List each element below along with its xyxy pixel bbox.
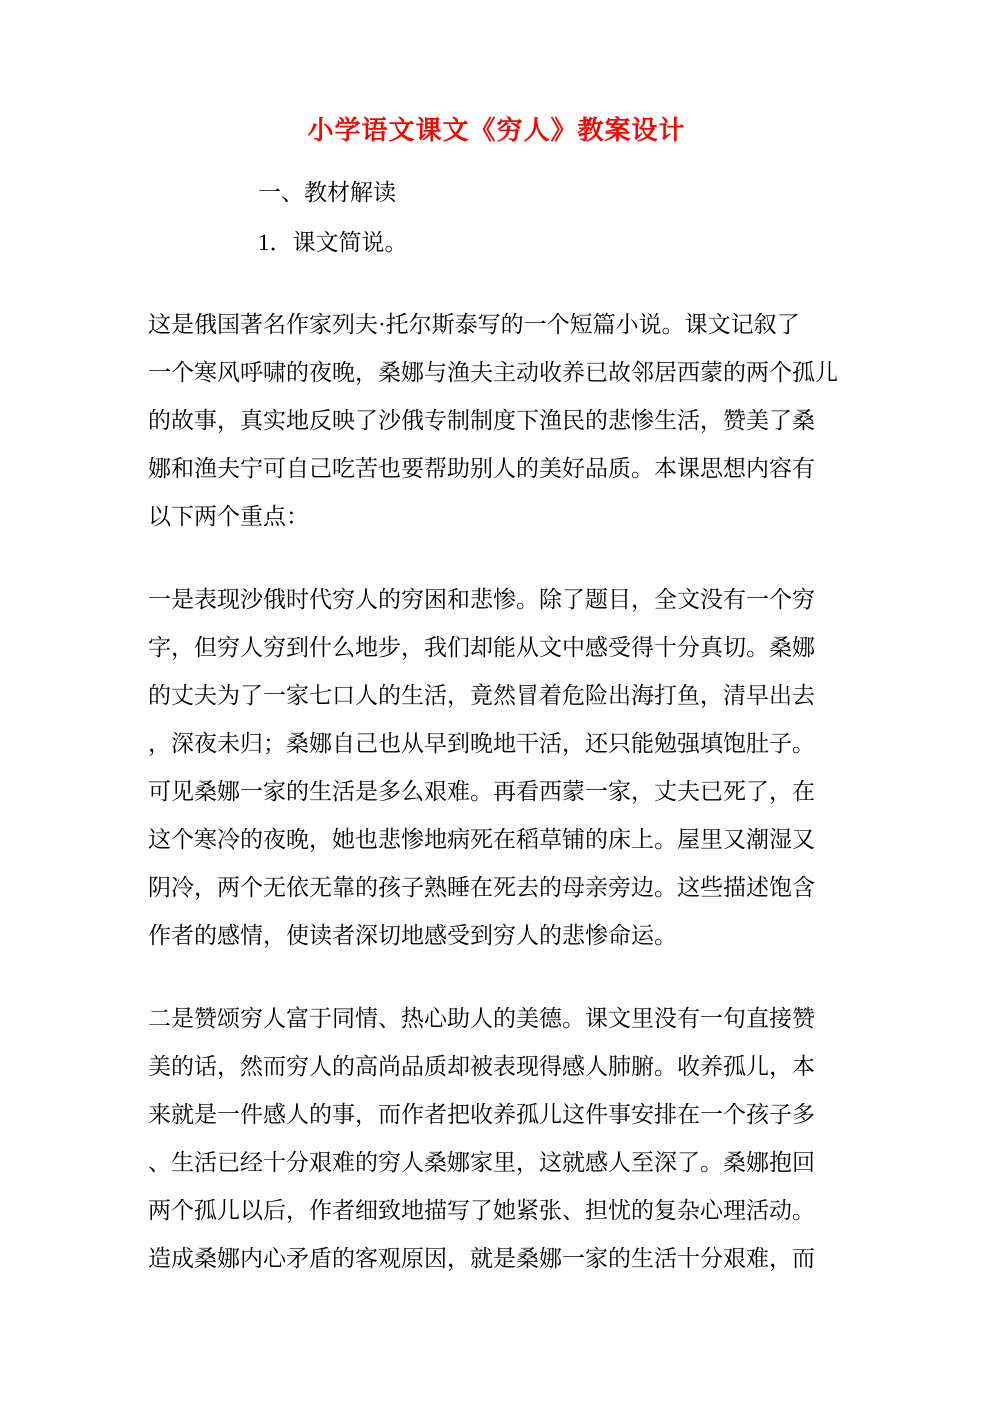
- text-line: 两个孤儿以后，作者细致地描写了她紧张、担忧的复杂心理活动。: [148, 1187, 868, 1235]
- text-line: 娜和渔夫宁可自己吃苦也要帮助别人的美好品质。本课思想内容有: [148, 445, 868, 493]
- document-page: 小学语文课文《穷人》教案设计 一、教材解读 1．课文简说。 这是俄国著名作家列夫…: [0, 0, 993, 1404]
- text-line: 、生活已经十分艰难的穷人桑娜家里，这就感人至深了。桑娜抱回: [148, 1139, 868, 1187]
- text-line: 可见桑娜一家的生活是多么艰难。再看西蒙一家，丈夫已死了，在: [148, 768, 868, 816]
- text-line: 以下两个重点：: [148, 493, 868, 541]
- text-line: 字，但穷人穷到什么地步，我们却能从文中感受得十分真切。桑娜: [148, 624, 868, 672]
- section-heading: 一、教材解读: [258, 168, 993, 218]
- text-line: ，深夜未归；桑娜自己也从早到晚地干活，还只能勉强填饱肚子。: [148, 720, 868, 768]
- text-line: 这是俄国著名作家列夫·托尔斯泰写的一个短篇小说。课文记叙了: [148, 301, 868, 349]
- text-line: 这个寒冷的夜晚，她也悲惨地病死在稻草铺的床上。屋里又潮湿又: [148, 816, 868, 864]
- text-line: 美的话，然而穷人的高尚品质却被表现得感人肺腑。收养孤儿，本: [148, 1043, 868, 1091]
- document-title: 小学语文课文《穷人》教案设计: [0, 112, 993, 150]
- paragraph-course-summary: 这是俄国著名作家列夫·托尔斯泰写的一个短篇小说。课文记叙了一个寒风呼啸的夜晚，桑…: [148, 301, 868, 541]
- paragraph-point-two: 二是赞颂穷人富于同情、热心助人的美德。课文里没有一句直接赞美的话，然而穷人的高尚…: [148, 995, 868, 1283]
- text-line: 二是赞颂穷人富于同情、热心助人的美德。课文里没有一句直接赞: [148, 995, 868, 1043]
- text-line: 来就是一件感人的事，而作者把收养孤儿这件事安排在一个孩子多: [148, 1091, 868, 1139]
- heading-block: 一、教材解读 1．课文简说。: [258, 168, 993, 268]
- text-line: 一是表现沙俄时代穷人的穷困和悲惨。除了题目，全文没有一个穷: [148, 576, 868, 624]
- text-line: 的丈夫为了一家七口人的生活，竟然冒着危险出海打鱼，清早出去: [148, 672, 868, 720]
- text-line: 阴冷，两个无依无靠的孩子熟睡在死去的母亲旁边。这些描述饱含: [148, 864, 868, 912]
- text-line: 作者的感情，使读者深切地感受到穷人的悲惨命运。: [148, 912, 868, 960]
- text-line: 的故事，真实地反映了沙俄专制制度下渔民的悲惨生活，赞美了桑: [148, 397, 868, 445]
- text-line: 一个寒风呼啸的夜晚，桑娜与渔夫主动收养已故邻居西蒙的两个孤儿: [148, 349, 868, 397]
- paragraph-point-one: 一是表现沙俄时代穷人的穷困和悲惨。除了题目，全文没有一个穷字，但穷人穷到什么地步…: [148, 576, 868, 960]
- text-line: 造成桑娜内心矛盾的客观原因，就是桑娜一家的生活十分艰难，而: [148, 1235, 868, 1283]
- sub-heading: 1．课文简说。: [258, 218, 993, 268]
